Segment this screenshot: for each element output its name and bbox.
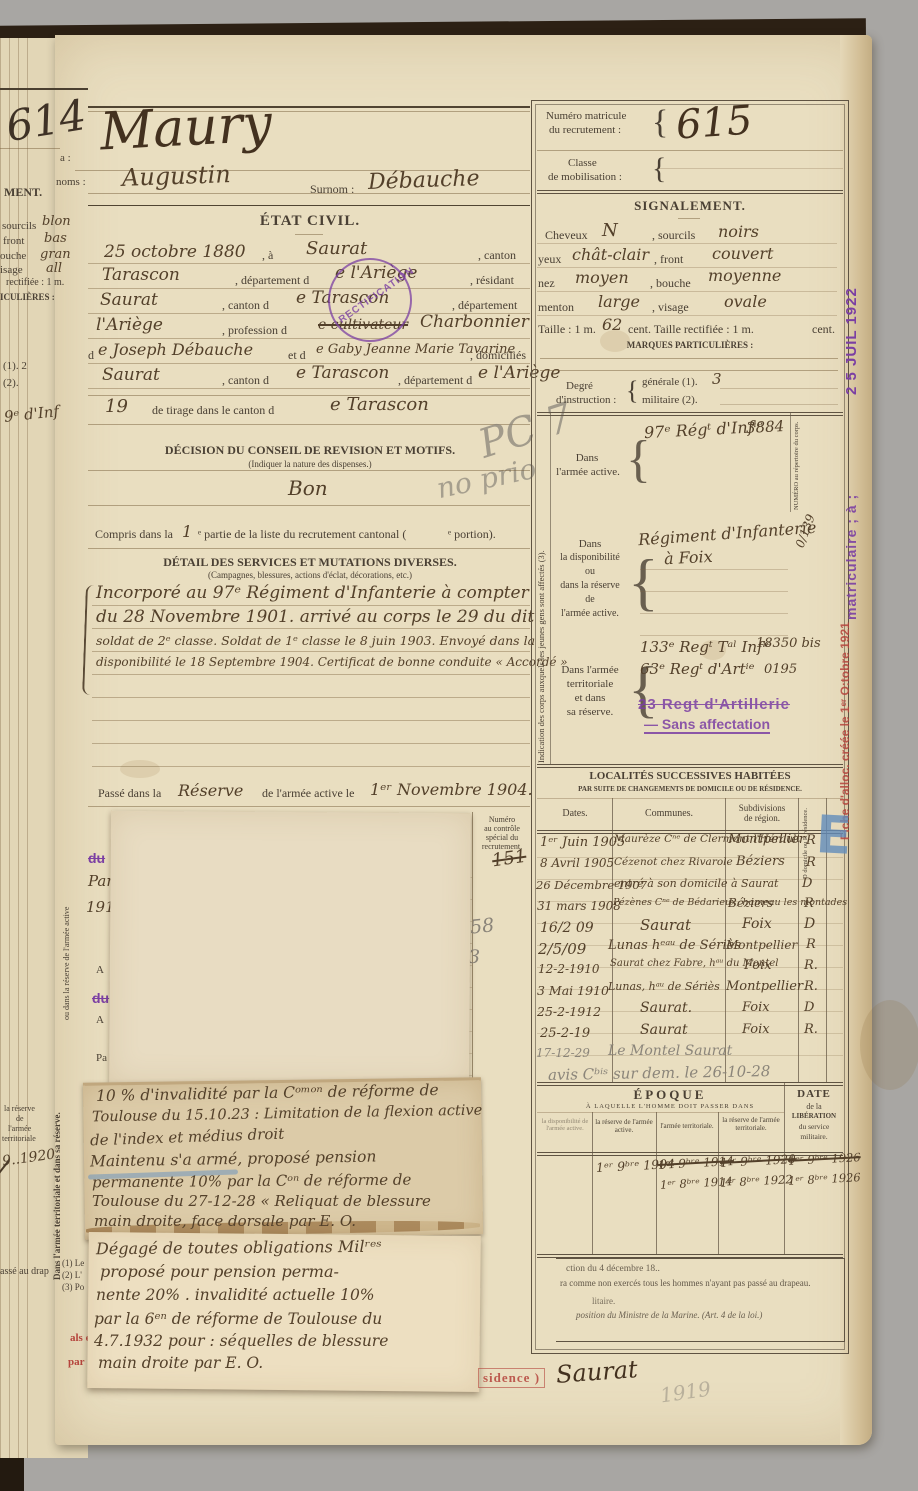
prev-page-rule (0, 148, 60, 149)
corps-terr-value1: 133ᵉ Regᵗ Tᵃˡ Infⁱᵉ (640, 638, 771, 656)
corps-dispo-label: la disponibilité (548, 552, 632, 563)
prev-fragment: de (16, 1114, 24, 1123)
loc-dr: R. (804, 979, 818, 994)
loc-date: 25-2-1912 (537, 1004, 601, 1019)
father-name: e Joseph Débauche (98, 340, 253, 359)
loc-commune: Saurat (640, 1022, 688, 1038)
localites-subtitle: PAR SUITE DE CHANGEMENTS DE DOMICILE OU … (545, 785, 835, 793)
prenoms-rule (88, 193, 530, 194)
front-value: couvert (712, 244, 773, 263)
service-line: Incorporé au 97ᵉ Régiment d'Infanterie à… (96, 583, 529, 603)
label: , front (654, 252, 683, 267)
prev-fragment: bas (44, 231, 67, 246)
loc-subdiv: Montpellier (726, 979, 803, 994)
label: menton (538, 300, 574, 315)
section-divider (537, 190, 843, 194)
label: nez (538, 276, 555, 291)
corps-dispo-label: dans la réserve (548, 580, 632, 591)
loc-commune: Cézenot chez Rivarole (614, 856, 733, 868)
section-divider (537, 412, 843, 416)
prev-fragment: A (96, 1014, 104, 1026)
rule (540, 358, 838, 359)
juil-1922-stamp: 2 5 JUIL 1922 (843, 245, 860, 395)
corps-terr-number1: 18350 bis (756, 636, 821, 651)
departement-residence: l'Ariège (96, 315, 163, 335)
label: , domiciliés (470, 348, 526, 363)
parents-residence: Saurat (102, 365, 160, 385)
label: , résidant (470, 273, 514, 288)
prev-fragment: (3) Po (62, 1282, 84, 1292)
loc-date: 2/5/09 (538, 940, 586, 958)
epoque-col-header: la réserve de l'armée territoriale. (720, 1116, 782, 1132)
label: Passé dans la (98, 786, 161, 801)
corps-terr-label: Dans l'armée (546, 664, 634, 676)
prev-fragment: l'armée (8, 1124, 31, 1133)
brace: { (652, 152, 666, 186)
loc-date-pencil: 17-12-29 (536, 1046, 590, 1060)
date-col-header: de la (786, 1102, 842, 1111)
service-line: du 28 Novembre 1901. arrivé au corps le … (96, 607, 534, 627)
rule (88, 395, 530, 396)
matricule-label: Numéro matricule (546, 110, 626, 122)
instruction-label: Degré (566, 380, 593, 392)
loc-dr: R (806, 833, 816, 848)
label: ᵉ portion). (448, 527, 496, 542)
classe-label: de mobilisation : (548, 171, 622, 183)
corps-dispo-label: de (552, 594, 628, 605)
instruction-label: d'instruction : (556, 394, 616, 406)
title-dash (678, 218, 700, 219)
services-subtitle: (Campagnes, blessures, actions d'éclat, … (100, 570, 520, 580)
controle-header: Numéro (474, 815, 530, 824)
compris-value: 1 (182, 522, 192, 541)
passe-date: 1ᵉʳ Novembre 1904. (370, 780, 533, 799)
corps-dispo-label: ou (552, 566, 628, 577)
corps-dispo-value2: à Foix (664, 547, 714, 569)
slip2-line: main droite par E. O. (98, 1354, 263, 1372)
corps-active-number: 3884 (746, 417, 785, 437)
localites-title: LOCALITÉS SUCCESSIVES HABITÉES (545, 770, 835, 782)
artillerie-stamp: 23 Regt d'Artillerie (638, 696, 790, 713)
marques-label: MARQUES PARTICULIÈRES : (580, 340, 800, 350)
matricule-value: 615 (674, 97, 753, 148)
rule (88, 505, 530, 506)
prev-side-label: ou dans la réserve de l'armée active (62, 860, 71, 1020)
prev-fragment: la réserve (4, 1104, 35, 1113)
profession: Charbonnier (420, 312, 529, 332)
matricule-label: du recrutement : (549, 124, 621, 136)
passe-reserve: Réserve (178, 781, 243, 800)
photo-backdrop: { "prev_page": { "number": "614", "nom_l… (0, 0, 918, 1491)
label: cent. (812, 322, 835, 337)
label: militaire (2). (642, 394, 698, 406)
dispo-ruling (640, 548, 788, 638)
header-bottom-rule (88, 205, 530, 206)
epoque-col-header: l'armée territoriale. (658, 1122, 716, 1130)
tirage-canton: e Tarascon (330, 394, 429, 415)
controle-header: au contrôle (474, 824, 530, 833)
label: de l'armée active le (262, 786, 354, 801)
parents-canton: e Tarascon (296, 363, 389, 383)
corps-terr-label: sa réserve. (550, 706, 630, 718)
decision-subtitle: (Indiquer la nature des dispenses.) (110, 459, 510, 469)
label: générale (1). (642, 376, 698, 388)
instruction-generale-value: 3 (712, 370, 722, 388)
corps-terr-number2: 0195 (764, 662, 797, 677)
prev-fragment: territoriale (2, 1134, 36, 1143)
epoque-empty-ruling (540, 1192, 840, 1254)
yeux-value: chât-clair (572, 245, 649, 264)
label: Taille : 1 m. (538, 322, 596, 337)
loc-subdiv: Foix (742, 1000, 770, 1015)
nez-value: moyen (575, 268, 629, 287)
rule (88, 548, 530, 549)
prev-fragment: isage (0, 264, 23, 276)
corps-active-label: Dans (552, 452, 622, 464)
residence-stamp: sidence ) (478, 1368, 545, 1388)
label: , sourcils (652, 228, 695, 243)
footnote-line: litaire. (592, 1296, 615, 1306)
rule (720, 404, 838, 405)
label: , canton d (222, 373, 269, 388)
rule (657, 168, 843, 169)
loc-subdiv: Foix (744, 958, 772, 973)
label: yeux (538, 252, 561, 267)
footnote-line: ra comme non exercés tous les hommes n'a… (560, 1278, 811, 1288)
birth-date: 25 octobre 1880 (104, 242, 246, 262)
label: , bouche (650, 276, 691, 291)
title-dash (295, 234, 323, 235)
label: , canton (478, 248, 516, 263)
blue-crayon-e: E (814, 805, 853, 867)
corps-dispo-label: l'armée active. (546, 608, 634, 619)
decision-value: Bon (288, 476, 328, 500)
sourcils-value: noirs (718, 222, 759, 241)
decision-title: DÉCISION DU CONSEIL DE REVISION ET MOTIF… (110, 443, 510, 458)
col-header-dates: Dates. (540, 808, 610, 819)
footnote-line: ction du 4 décembre 18.. (566, 1264, 660, 1274)
section-divider (537, 1082, 843, 1086)
col-header-subdiv: Subdivisions (728, 803, 796, 813)
taille-value: 62 (602, 315, 622, 334)
prev-fragment: front (3, 235, 24, 247)
prev-fragment: gran (40, 247, 71, 262)
prev-fragment: (1). 2 (3, 360, 27, 372)
surnom-label: Surnom : (310, 182, 354, 197)
corps-terr-value2: 63ᵉ Regᵗ d'Artⁱᵉ (640, 660, 755, 678)
controle-header: spécial du (474, 833, 530, 842)
slip2-line: par la 6ᵉⁿ de réforme de Toulouse du (94, 1310, 382, 1328)
corps-num-divider (790, 412, 791, 512)
label: , département (452, 298, 517, 313)
fiche-octobre-stamp: Fiche d'alloc. créée le 1ᵉʳ O:tobre 1921 (838, 540, 852, 840)
prev-fragment: MENT. (4, 185, 42, 200)
loc-dr: R (804, 896, 814, 911)
label: , visage (652, 300, 689, 315)
canton: Tarascon (102, 265, 180, 285)
prev-fragment: (2). (3, 377, 19, 389)
rule (537, 150, 843, 151)
loc-date: 12-2-1910 (538, 962, 600, 976)
loc-subdiv: Béziers (736, 854, 785, 869)
label: d (88, 348, 94, 363)
menton-value: large (598, 292, 640, 311)
corps-side-label: Indication des corps auxquels les jeunes… (536, 418, 546, 763)
sans-affectation-stamp: — Sans affectation (644, 716, 770, 734)
label: et d (288, 348, 306, 363)
loc-dr: D (804, 1000, 814, 1015)
prev-fragment: ouche (0, 250, 26, 262)
loc-dr: R (806, 937, 816, 952)
rule (88, 424, 530, 425)
label: , profession d (222, 323, 287, 338)
label: de tirage dans le canton d (152, 403, 274, 418)
corps-terr-label: et dans (552, 692, 628, 704)
corps-num-side-label: NUMÉRO au répertoire du corps. (793, 418, 800, 510)
section-divider (537, 764, 843, 768)
corps-dispo-label: Dans (552, 538, 628, 550)
bouche-value: moyenne (708, 266, 781, 285)
prev-fragment: blon (42, 214, 71, 229)
loc-date: 1ᵉʳ Juin 1905 (540, 835, 625, 850)
epoque-title: ÉPOQUE (560, 1087, 780, 1103)
loc-subdiv: Montpellier (726, 938, 797, 952)
footnote-line: position du Ministre de la Marine. (Art.… (576, 1310, 762, 1320)
slip2-line: 4.7.1932 pour : séquelles de blessure (94, 1332, 388, 1350)
prev-side-label: Dans l'armée territoriale et dans sa rés… (52, 1100, 62, 1280)
epoque-col-header: la disponibilité de l'armée active. (538, 1118, 592, 1132)
prev-fragment: Pa (96, 1052, 107, 1064)
prev-fragment: A (96, 964, 104, 976)
slip1-line: permanente 10% par la Cᵒⁿ de réforme de (92, 1171, 411, 1192)
epoque-header-topline (537, 1112, 784, 1113)
etat-civil-title: ÉTAT CIVIL. (220, 213, 400, 230)
col-header-subdiv: de région. (728, 813, 796, 823)
surnom-value: Débauche (368, 166, 480, 195)
loc-commune: Saurat. (640, 1000, 692, 1016)
pasted-blank-sheet (109, 811, 471, 1086)
purple-du-stamp: du (88, 850, 105, 866)
label: Cheveux (545, 228, 588, 243)
rule (88, 806, 530, 807)
date-col-header: militaire. (786, 1132, 842, 1141)
brace: { (652, 104, 668, 142)
date-col-header: du service (786, 1122, 842, 1131)
service-line: soldat de 2ᵉ classe. Soldat de 1ᵉ classe… (96, 633, 535, 648)
prev-fragment: all (46, 261, 62, 276)
rule (540, 370, 838, 371)
bottom-saurat: Saurat (555, 1355, 638, 1389)
loc-subdiv: Montpellier (728, 832, 805, 847)
loc-date: 16/2 09 (540, 920, 594, 936)
birth-place: Saurat (306, 238, 367, 259)
loc-date: 8 Avril 1905 (540, 856, 614, 870)
loc-commune: entré à son domicile à Saurat (614, 877, 778, 890)
loc-dr: R. (804, 1022, 818, 1037)
brace: { (626, 376, 638, 406)
epoque-subtitle: À LAQUELLE L'HOMME DOIT PASSER DANS (550, 1103, 790, 1110)
prenoms-label: noms : (56, 176, 86, 188)
loc-date: 25-2-19 (540, 1026, 590, 1041)
loc-commune-pencil: Le Montel Saurat (608, 1043, 732, 1059)
nom-label: a : (60, 152, 71, 164)
loc-subdiv: Foix (742, 916, 772, 932)
loc-date: 3 Mai 1910 (537, 983, 609, 998)
corps-terr-label: territoriale (548, 678, 632, 690)
prev-fragment: (1) Le (62, 1258, 84, 1268)
epoque-col-header: la réserve de l'armée active. (594, 1118, 654, 1134)
label: Compris dans la (95, 527, 173, 542)
date-col-header: DATE (786, 1088, 842, 1100)
rule (720, 388, 838, 389)
label: , département d (398, 373, 472, 388)
slip2-line: Dégagé de toutes obligations Milʳᵉˢ (96, 1237, 382, 1258)
loc-commune: Lunas, hᵃᵘ de Sériès (608, 980, 720, 993)
prev-fragment: (2) L' (62, 1270, 82, 1280)
slip2-line: nente 20% . invalidité actuelle 10% (96, 1286, 375, 1304)
prev-page-rule (0, 88, 88, 90)
prev-fragment: sourcils (2, 220, 36, 232)
tirage-number: 19 (105, 396, 128, 417)
loc-dr: D (804, 916, 815, 932)
slip1-line: main droite, face dorsale par E. O. (94, 1212, 356, 1230)
classe-label: Classe (568, 157, 597, 169)
loc-dr: D (802, 876, 812, 891)
corps-active-label: l'armée active. (550, 466, 626, 478)
prev-fragment: rectifiée : 1 m. (6, 277, 64, 288)
loc-commune: Lunas hᵉᵃᵘ de Sériès (608, 938, 741, 953)
loc-subdiv: Foix (742, 1022, 770, 1037)
loc-commune: Saurat (640, 916, 691, 934)
stain (860, 1000, 918, 1090)
loc-subdiv: Béziers (728, 896, 773, 910)
label: , à (262, 248, 273, 263)
visage-value: ovale (724, 292, 767, 311)
cheveux-value: N (602, 220, 618, 241)
purple-du-stamp: du (92, 990, 109, 1006)
signalement-title: SIGNALEMENT. (600, 198, 780, 214)
prev-fragment: assé au drap (0, 1266, 49, 1277)
label: ᵉ partie de la liste du recrutement cant… (198, 527, 406, 542)
name-value: Maury (99, 94, 274, 163)
label: cent. Taille rectifiée : 1 m. (628, 322, 754, 337)
loc-date: 31 mars 1908 (537, 899, 621, 913)
residence: Saurat (100, 290, 158, 310)
slip1-line: Toulouse du 27-12-28 « Reliquat de bless… (92, 1192, 431, 1210)
localites-header-topline (537, 798, 843, 799)
prenoms-value: Augustin (122, 160, 232, 192)
rule (88, 470, 530, 471)
date-col-header: LIBÉRATION (786, 1112, 842, 1120)
col-header-communes: Communes. (615, 808, 723, 819)
label: , canton d (222, 298, 269, 313)
loc-dr: R. (804, 958, 818, 973)
services-title: DÉTAIL DES SERVICES ET MUTATIONS DIVERSE… (100, 555, 520, 570)
service-line: disponibilité le 18 Septembre 1904. Cert… (96, 655, 568, 669)
slip2-line: proposé pour pension perma- (100, 1262, 339, 1281)
label: , département d (235, 273, 309, 288)
prev-fragment: ICULIÈRES : (0, 292, 55, 302)
